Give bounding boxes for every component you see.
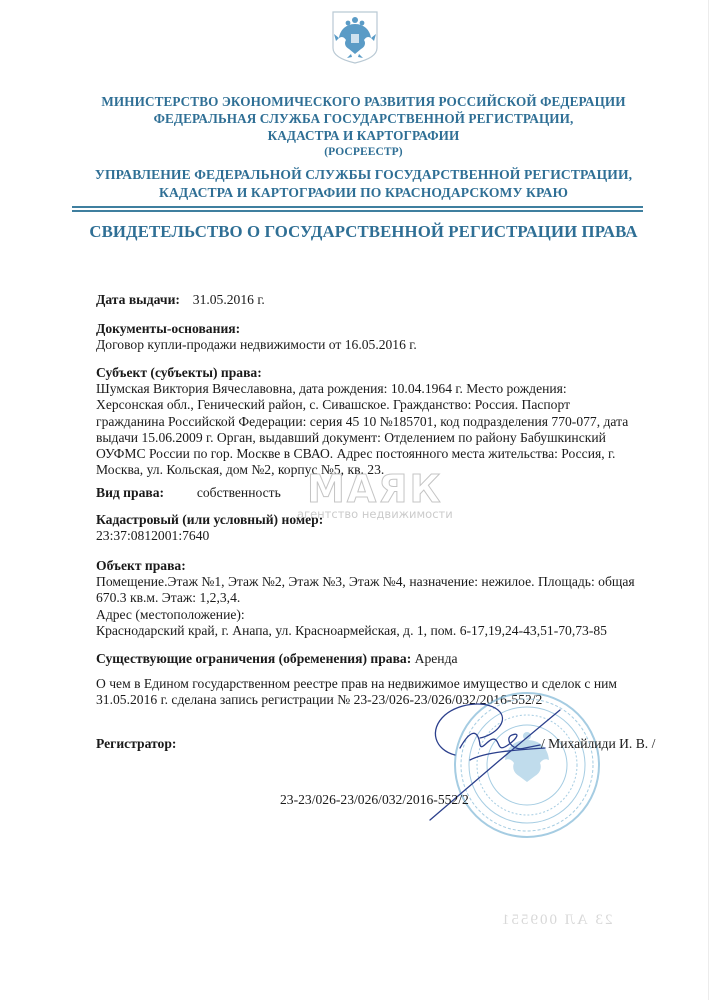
right-type-row: Вид права: собственность: [96, 485, 281, 501]
department-line: УПРАВЛЕНИЕ ФЕДЕРАЛЬНОЙ СЛУЖБЫ ГОСУДАРСТВ…: [0, 166, 727, 184]
object-line: Помещение.Этаж №1, Этаж №2, Этаж №3, Эта…: [96, 574, 635, 590]
russian-coat-of-arms-icon: [330, 10, 380, 64]
certificate-page: МИНИСТЕРСТВО ЭКОНОМИЧЕСКОГО РАЗВИТИЯ РОС…: [0, 0, 727, 1000]
header-divider: [72, 206, 643, 208]
subjects-line: Херсонская обл., Генический район, с. Си…: [96, 397, 628, 413]
handwritten-signature-icon: [400, 690, 570, 840]
registrar-label: Регистратор:: [96, 736, 176, 752]
registrar-name: / Михайлиди И. В. /: [541, 736, 655, 752]
ministry-line: КАДАСТРА И КАРТОГРАФИИ: [0, 127, 727, 144]
issue-date-row: Дата выдачи: 31.05.2016 г.: [96, 292, 265, 308]
ministry-line: (РОСРЕЕСТР): [0, 144, 727, 161]
object-line: Адрес (местоположение):: [96, 607, 635, 623]
basis-documents-value: Договор купли-продажи недвижимости от 16…: [96, 337, 417, 353]
ministry-line: МИНИСТЕРСТВО ЭКОНОМИЧЕСКОГО РАЗВИТИЯ РОС…: [0, 93, 727, 110]
subjects-line: выдачи 15.06.2009 г. Орган, выдавший док…: [96, 430, 628, 446]
basis-documents: Документы-основания: Договор купли-прода…: [96, 321, 417, 353]
department-line: КАДАСТРА И КАРТОГРАФИИ ПО КРАСНОДАРСКОМУ…: [0, 184, 727, 202]
object-line: 670.3 кв.м. Этаж: 1,2,3,4.: [96, 590, 635, 606]
subjects-line: Шумская Виктория Вячеславовна, дата рожд…: [96, 381, 628, 397]
record-number: 23-23/026-23/026/032/2016-552/2: [280, 792, 469, 808]
ministry-header: МИНИСТЕРСТВО ЭКОНОМИЧЕСКОГО РАЗВИТИЯ РОС…: [0, 93, 727, 161]
subjects-label: Субъект (субъекты) права:: [96, 365, 628, 381]
cadastral-value: 23:37:0812001:7640: [96, 528, 323, 544]
issue-date-label: Дата выдачи:: [96, 292, 180, 307]
right-type-value: собственность: [197, 485, 281, 500]
basis-documents-label: Документы-основания:: [96, 321, 417, 337]
header-divider: [72, 210, 643, 212]
encumbrances-value: Аренда: [415, 651, 458, 666]
ministry-line: ФЕДЕРАЛЬНАЯ СЛУЖБА ГОСУДАРСТВЕННОЙ РЕГИС…: [0, 110, 727, 127]
subjects-line: гражданина Российской Федерации: серия 4…: [96, 414, 628, 430]
subjects-section: Субъект (субъекты) права: Шумская Виктор…: [96, 365, 628, 478]
object-line: Краснодарский край, г. Анапа, ул. Красно…: [96, 623, 635, 639]
document-title: СВИДЕТЕЛЬСТВО О ГОСУДАРСТВЕННОЙ РЕГИСТРА…: [0, 222, 727, 242]
form-serial-number: 23 АЛ 009551: [500, 912, 613, 929]
issue-date-value: 31.05.2016 г.: [193, 292, 265, 307]
object-label: Объект права:: [96, 558, 635, 574]
encumbrances-label: Существующие ограничения (обременения) п…: [96, 651, 411, 666]
subjects-line: ОУФМС России по гор. Москве в СВАО. Адре…: [96, 446, 628, 462]
department-header: УПРАВЛЕНИЕ ФЕДЕРАЛЬНОЙ СЛУЖБЫ ГОСУДАРСТВ…: [0, 166, 727, 202]
subjects-line: Москва, ул. Кольская, дом №2, корпус №5,…: [96, 462, 628, 478]
cadastral-section: Кадастровый (или условный) номер: 23:37:…: [96, 512, 323, 544]
object-section: Объект права: Помещение.Этаж №1, Этаж №2…: [96, 558, 635, 639]
cadastral-label: Кадастровый (или условный) номер:: [96, 512, 323, 528]
right-type-label: Вид права:: [96, 485, 164, 500]
encumbrances-row: Существующие ограничения (обременения) п…: [96, 651, 458, 667]
